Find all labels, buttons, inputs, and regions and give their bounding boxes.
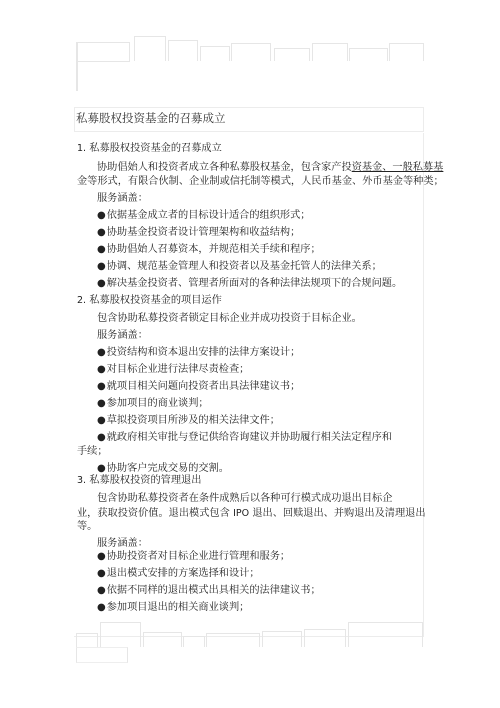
services-label: 服务涵盖： [97, 329, 148, 343]
list-item: ●就项目相关问题向投资者出具法律建议书； [97, 380, 300, 394]
intro-link[interactable]: 资基金、一般私募基 [352, 162, 444, 173]
section-heading: 3. 私募股权投资的管理退出 [77, 474, 201, 488]
services-label: 服务涵盖： [97, 537, 148, 551]
bullet-icon: ● [97, 381, 106, 392]
list-item: ●协助基金投资者设计管理架构和收益结构； [97, 226, 300, 240]
bullet-icon: ● [97, 227, 106, 238]
section-intro: 包含协助私募投资者在条件成熟后以各种可行模式成功退出目标企 [97, 492, 392, 506]
bullet-icon: ● [97, 602, 106, 613]
list-item: ●协助倡始人召募资本，并规范相关手续和程序； [97, 243, 321, 257]
list-item: ●投资结构和资本退出安排的法律方案设计； [97, 346, 300, 360]
bullet-icon: ● [97, 278, 106, 289]
bullet-icon: ● [97, 585, 106, 596]
section-intro-cont: 业，获取投资价值。退出模式包含 IPO 退出、回赎退出、并购退出及清理退出 [77, 507, 426, 521]
bullet-icon: ● [97, 432, 106, 443]
bullet-icon: ● [97, 551, 106, 562]
document-title: 私募股权投资基金的召募成立 [74, 107, 424, 132]
section-heading: 1. 私募股权投资基金的召募成立 [77, 142, 222, 156]
list-item: ●参加项目退出的相关商业谈判； [97, 601, 249, 615]
list-item: ●退出模式安排的方案选择和设计； [97, 567, 260, 581]
bullet-icon: ● [97, 415, 106, 426]
list-item: ●依据不同样的退出模式出具相关的法律建议书； [97, 584, 321, 598]
bullet-icon: ● [97, 463, 106, 474]
list-item: ●对目标企业进行法律尽责检查； [97, 363, 249, 377]
section-intro: 协助倡始人和投资者成立各种私募股权基金，包含家产投资基金、一般私募基 [97, 161, 443, 175]
section-intro: 包含协助私募投资者锁定目标企业并成功投资于目标企业。 [97, 312, 362, 326]
bullet-icon: ● [97, 210, 106, 221]
list-item-continuation: 手续； [77, 445, 108, 459]
section-intro-cont: 金等形式，有限合伙制、企业制或信托制等模式，人民币基金、外币基金等种类； [77, 175, 444, 189]
bullet-icon: ● [97, 398, 106, 409]
bullet-icon: ● [97, 347, 106, 358]
section-intro-cont: 等。 [77, 520, 97, 534]
bullet-icon: ● [97, 244, 106, 255]
bullet-icon: ● [97, 364, 106, 375]
bullet-icon: ● [97, 261, 106, 272]
list-item: ●依据基金成立者的目标设计适合的组织形式； [97, 209, 310, 223]
section-heading: 2. 私募股权投资基金的项目运作 [77, 294, 222, 308]
list-item: ●协助投资者对目标企业进行管理和服务； [97, 550, 290, 564]
list-item: ●草拟投资项目所涉及的相关法律文件； [97, 414, 280, 428]
list-item: ●就政府相关审批与登记供给咨询建议并协助履行相关法定程序和 [97, 431, 392, 445]
services-label: 服务涵盖： [97, 192, 148, 206]
list-item: ●解决基金投资者、管理者所面对的各种法律法规项下的合规问题。 [97, 277, 402, 291]
list-item: ●协调、规范基金管理人和投资者以及基金托管人的法律关系； [97, 260, 382, 274]
list-item: ●参加项目的商业谈判； [97, 397, 209, 411]
bullet-icon: ● [97, 568, 106, 579]
